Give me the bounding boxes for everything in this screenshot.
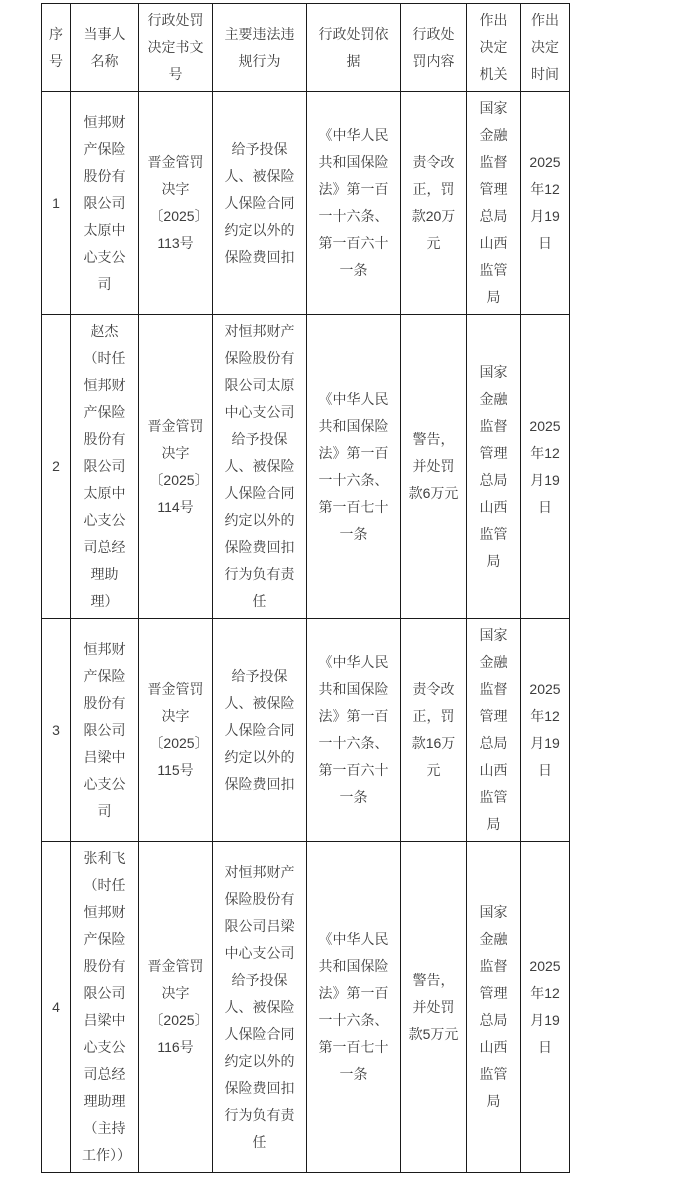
- header-seq: 序号: [42, 4, 71, 92]
- cell-date: 2025年12月19日: [521, 92, 570, 315]
- cell-seq: 2: [42, 315, 71, 619]
- cell-party: 赵杰（时任恒邦财产保险股份有限公司太原中心支公司总经理助理）: [71, 315, 139, 619]
- cell-basis: 《中华人民共和国保险法》第一百一十六条、第一百七十一条: [307, 842, 401, 1173]
- header-penalty: 行政处罚内容: [401, 4, 467, 92]
- cell-authority: 国家金融监督管理总局山西监管局: [467, 619, 521, 842]
- cell-penalty: 责令改正，罚款16万元: [401, 619, 467, 842]
- cell-basis: 《中华人民共和国保险法》第一百一十六条、第一百六十一条: [307, 92, 401, 315]
- header-basis: 行政处罚依据: [307, 4, 401, 92]
- cell-penalty: 警告，并处罚款6万元: [401, 315, 467, 619]
- cell-violation: 给予投保人、被保险人保险合同约定以外的保险费回扣: [213, 619, 307, 842]
- cell-seq: 1: [42, 92, 71, 315]
- cell-doc-no: 晋金管罚决字〔2025〕113号: [139, 92, 213, 315]
- header-authority: 作出决定机关: [467, 4, 521, 92]
- cell-penalty: 警告，并处罚款5万元: [401, 842, 467, 1173]
- header-row: 序号 当事人名称 行政处罚决定书文号 主要违法违规行为 行政处罚依据 行政处罚内…: [42, 4, 570, 92]
- cell-penalty: 责令改正，罚款20万元: [401, 92, 467, 315]
- cell-violation: 对恒邦财产保险股份有限公司吕梁中心支公司给予投保人、被保险人保险合同约定以外的保…: [213, 842, 307, 1173]
- cell-doc-no: 晋金管罚决字〔2025〕114号: [139, 315, 213, 619]
- table-row: 3 恒邦财产保险股份有限公司吕梁中心支公司 晋金管罚决字〔2025〕115号 给…: [42, 619, 570, 842]
- page: 序号 当事人名称 行政处罚决定书文号 主要违法违规行为 行政处罚依据 行政处罚内…: [0, 0, 681, 1199]
- cell-party: 张利飞（时任恒邦财产保险股份有限公司吕梁中心支公司总经理助理（主持工作））: [71, 842, 139, 1173]
- cell-party: 恒邦财产保险股份有限公司太原中心支公司: [71, 92, 139, 315]
- cell-date: 2025年12月19日: [521, 619, 570, 842]
- cell-doc-no: 晋金管罚决字〔2025〕116号: [139, 842, 213, 1173]
- cell-basis: 《中华人民共和国保险法》第一百一十六条、第一百六十一条: [307, 619, 401, 842]
- header-party: 当事人名称: [71, 4, 139, 92]
- header-doc-no: 行政处罚决定书文号: [139, 4, 213, 92]
- table-row: 1 恒邦财产保险股份有限公司太原中心支公司 晋金管罚决字〔2025〕113号 给…: [42, 92, 570, 315]
- header-date: 作出决定时间: [521, 4, 570, 92]
- cell-violation: 对恒邦财产保险股份有限公司太原中心支公司给予投保人、被保险人保险合同约定以外的保…: [213, 315, 307, 619]
- penalty-table: 序号 当事人名称 行政处罚决定书文号 主要违法违规行为 行政处罚依据 行政处罚内…: [41, 3, 570, 1173]
- cell-basis: 《中华人民共和国保险法》第一百一十六条、第一百七十一条: [307, 315, 401, 619]
- cell-party: 恒邦财产保险股份有限公司吕梁中心支公司: [71, 619, 139, 842]
- header-violation: 主要违法违规行为: [213, 4, 307, 92]
- cell-seq: 4: [42, 842, 71, 1173]
- cell-authority: 国家金融监督管理总局山西监管局: [467, 92, 521, 315]
- cell-seq: 3: [42, 619, 71, 842]
- cell-date: 2025年12月19日: [521, 842, 570, 1173]
- cell-doc-no: 晋金管罚决字〔2025〕115号: [139, 619, 213, 842]
- table-row: 2 赵杰（时任恒邦财产保险股份有限公司太原中心支公司总经理助理） 晋金管罚决字〔…: [42, 315, 570, 619]
- cell-violation: 给予投保人、被保险人保险合同约定以外的保险费回扣: [213, 92, 307, 315]
- cell-authority: 国家金融监督管理总局山西监管局: [467, 842, 521, 1173]
- cell-date: 2025年12月19日: [521, 315, 570, 619]
- cell-authority: 国家金融监督管理总局山西监管局: [467, 315, 521, 619]
- table-row: 4 张利飞（时任恒邦财产保险股份有限公司吕梁中心支公司总经理助理（主持工作）） …: [42, 842, 570, 1173]
